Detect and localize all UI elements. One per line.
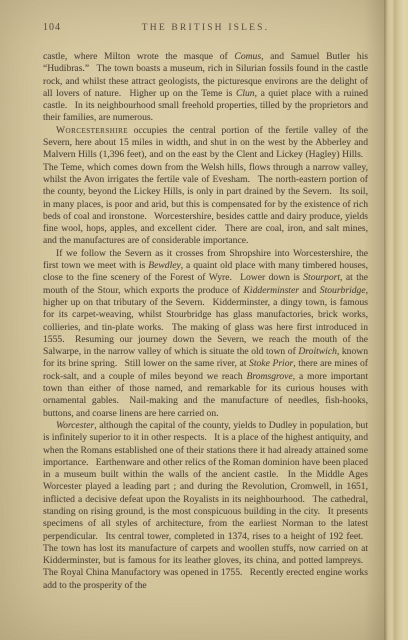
text-segment-italic: Kidderminster <box>244 285 299 296</box>
text-segment-italic: Droitwich <box>298 346 337 357</box>
text-segment-normal: , although the capital of the county, yi… <box>43 420 368 591</box>
paragraph: If we follow the Severn as it crosses fr… <box>43 248 368 420</box>
text-block: castle, where Milton wrote the masque of… <box>43 51 368 592</box>
text-segment-italic: Stourport <box>303 272 340 283</box>
text-segment-italic: Clun <box>236 88 255 99</box>
paragraph: castle, where Milton wrote the masque of… <box>43 51 368 125</box>
text-segment-italic: Worcester <box>56 420 94 431</box>
text-segment-italic: Comus <box>234 51 261 62</box>
running-header: 104 THE BRITISH ISLES. <box>43 22 368 36</box>
text-segment-italic: Stourbridge <box>320 285 366 296</box>
text-segment-normal: and <box>299 285 320 296</box>
text-segment-italic: Bromsgrove <box>247 371 293 382</box>
text-segment-italic: Bewdley <box>148 260 181 271</box>
paragraph: Worcestershire occupies the central port… <box>43 125 368 248</box>
running-title: THE BRITISH ISLES. <box>43 23 368 33</box>
text-segment-italic: Stoke Prior <box>249 358 293 369</box>
text-segment-smallcaps: Worcestershire <box>56 125 128 136</box>
text-segment-normal: occupies the central portion of the fert… <box>43 125 368 247</box>
page-edge <box>384 0 408 640</box>
paragraph: Worcester, although the capital of the c… <box>43 420 368 592</box>
book-page: 104 THE BRITISH ISLES. castle, where Mil… <box>0 0 408 640</box>
text-segment-normal: castle, where Milton wrote the masque of <box>43 51 234 62</box>
page-edge-shadow <box>364 0 384 640</box>
